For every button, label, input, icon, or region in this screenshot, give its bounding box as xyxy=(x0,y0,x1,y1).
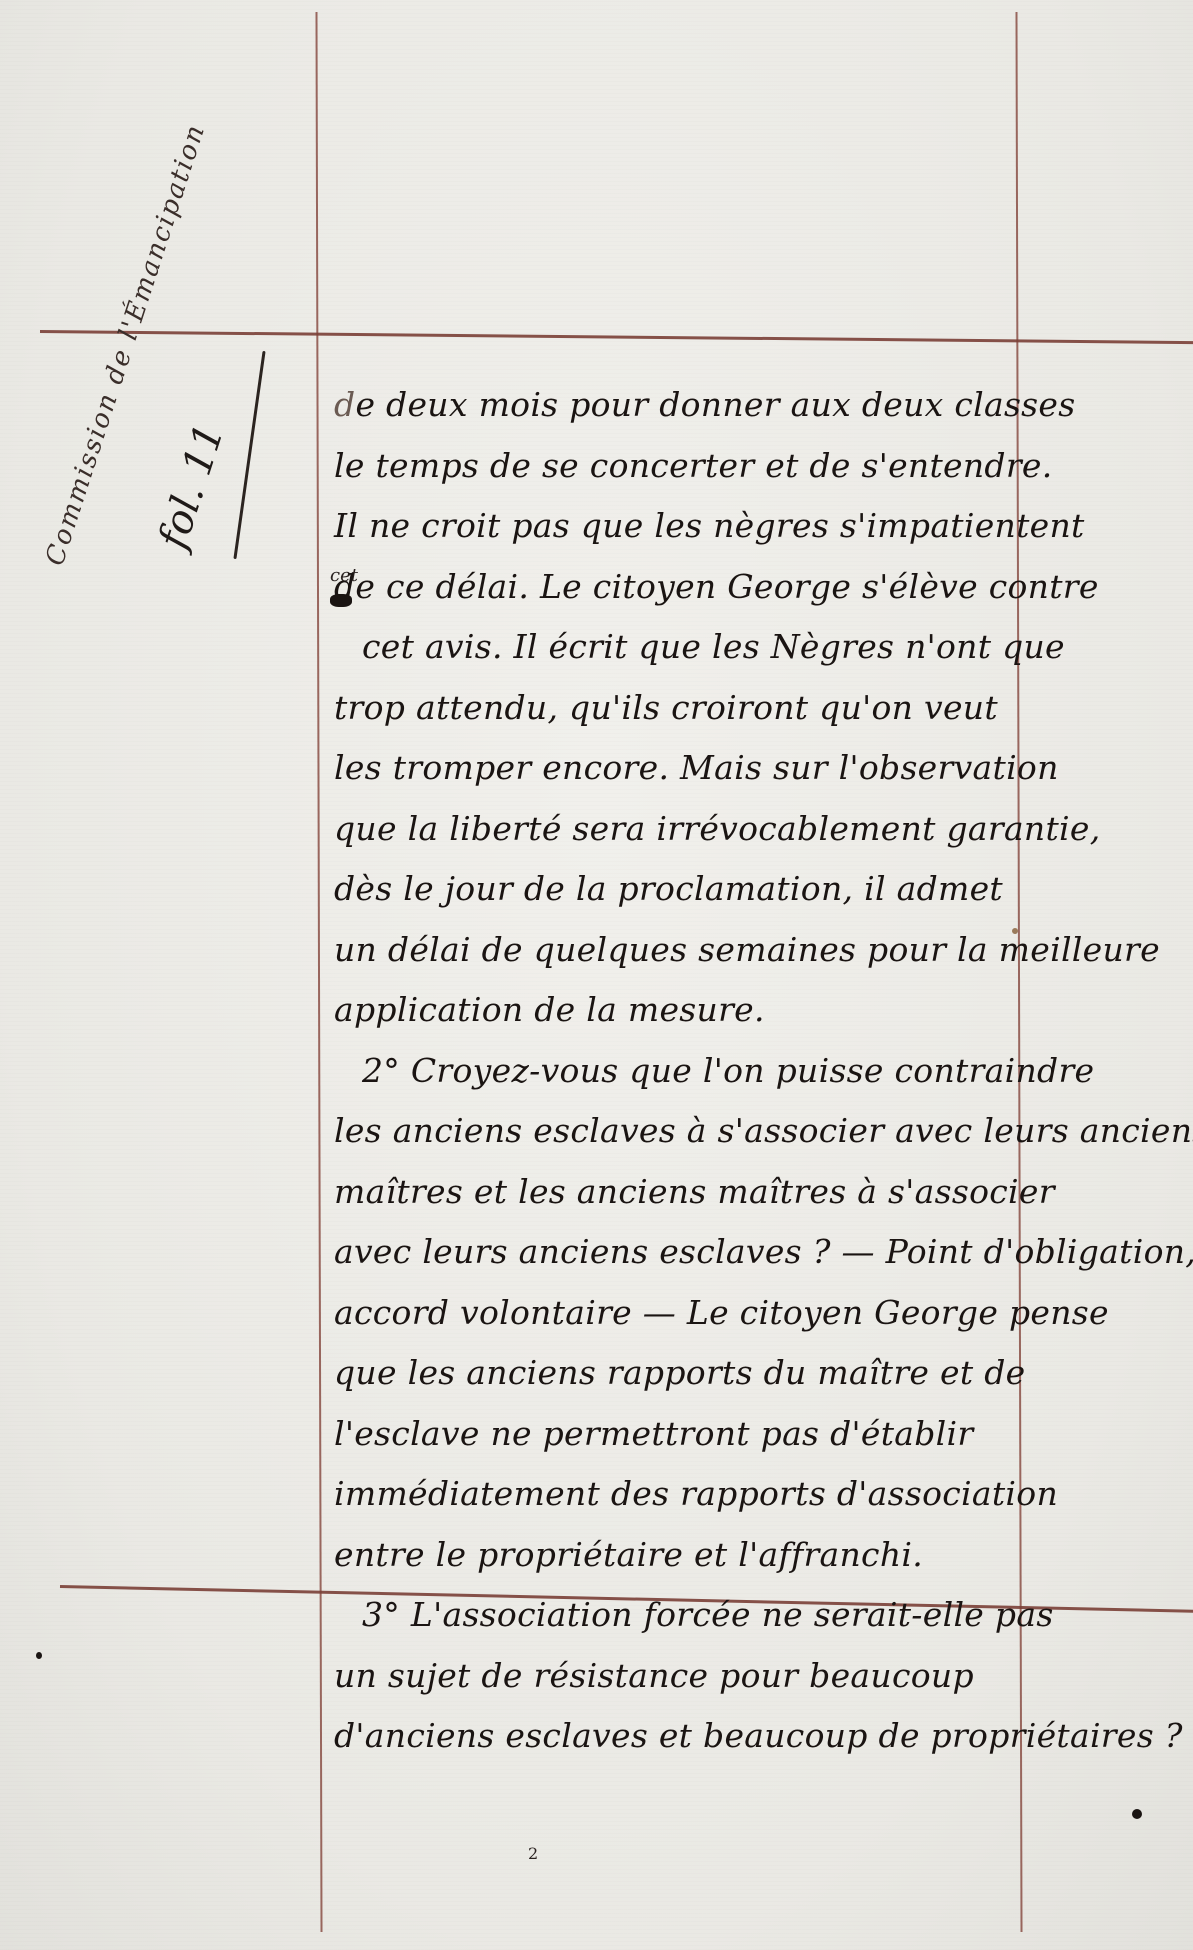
text-line: trop attendu, qu'ils croiront qu'on veut xyxy=(334,678,1024,739)
margin-stroke xyxy=(233,351,265,559)
manuscript-page: Commission de l'Émancipation fol. 11 cet… xyxy=(0,0,1193,1950)
page-number-mark: 2 xyxy=(528,1844,538,1863)
text-line: maîtres et les anciens maîtres à s'assoc… xyxy=(334,1162,1024,1223)
text-line: dès le jour de la proclamation, il admet xyxy=(334,859,1024,920)
ink-spot xyxy=(36,1652,42,1659)
text-line: entre le propriétaire et l'affranchi. xyxy=(334,1525,1024,1586)
text-line: d'anciens esclaves et beaucoup de propri… xyxy=(334,1706,1024,1767)
text-line: de deux mois pour donner aux deux classe… xyxy=(334,375,1024,436)
text-line: accord volontaire — Le citoyen George pe… xyxy=(334,1283,1024,1344)
text-line: l'esclave ne permettront pas d'établir xyxy=(334,1404,1024,1465)
text-line: 3° L'association forcée ne serait-elle p… xyxy=(334,1585,1024,1646)
text-line: application de la mesure. xyxy=(334,980,1024,1041)
ink-spot xyxy=(1012,928,1018,934)
text-line: les anciens esclaves à s'associer avec l… xyxy=(334,1101,1024,1162)
text-line: de ce délai. Le citoyen George s'élève c… xyxy=(334,557,1024,618)
text-line: cet avis. Il écrit que les Nègres n'ont … xyxy=(334,617,1024,678)
folio-number: fol. 11 xyxy=(150,418,233,554)
text-line: immédiatement des rapports d'association xyxy=(334,1464,1024,1525)
text-line: Il ne croit pas que les nègres s'impatie… xyxy=(334,496,1024,557)
left-column-rule xyxy=(315,12,322,1932)
manuscript-text: de deux mois pour donner aux deux classe… xyxy=(334,375,1024,1767)
text-line: que les anciens rapports du maître et de xyxy=(334,1343,1024,1404)
text-line: les tromper encore. Mais sur l'observati… xyxy=(334,738,1024,799)
text-line: un sujet de résistance pour beaucoup xyxy=(334,1646,1024,1707)
text-line: le temps de se concerter et de s'entendr… xyxy=(334,436,1024,497)
text-line: un délai de quelques semaines pour la me… xyxy=(334,920,1024,981)
text-line: 2° Croyez-vous que l'on puisse contraind… xyxy=(334,1041,1024,1102)
text-line: avec leurs anciens esclaves ? — Point d'… xyxy=(334,1222,1024,1283)
ink-spot xyxy=(1132,1809,1142,1819)
top-horizontal-rule xyxy=(40,330,1193,344)
text-line: que la liberté sera irrévocablement gara… xyxy=(334,799,1024,860)
